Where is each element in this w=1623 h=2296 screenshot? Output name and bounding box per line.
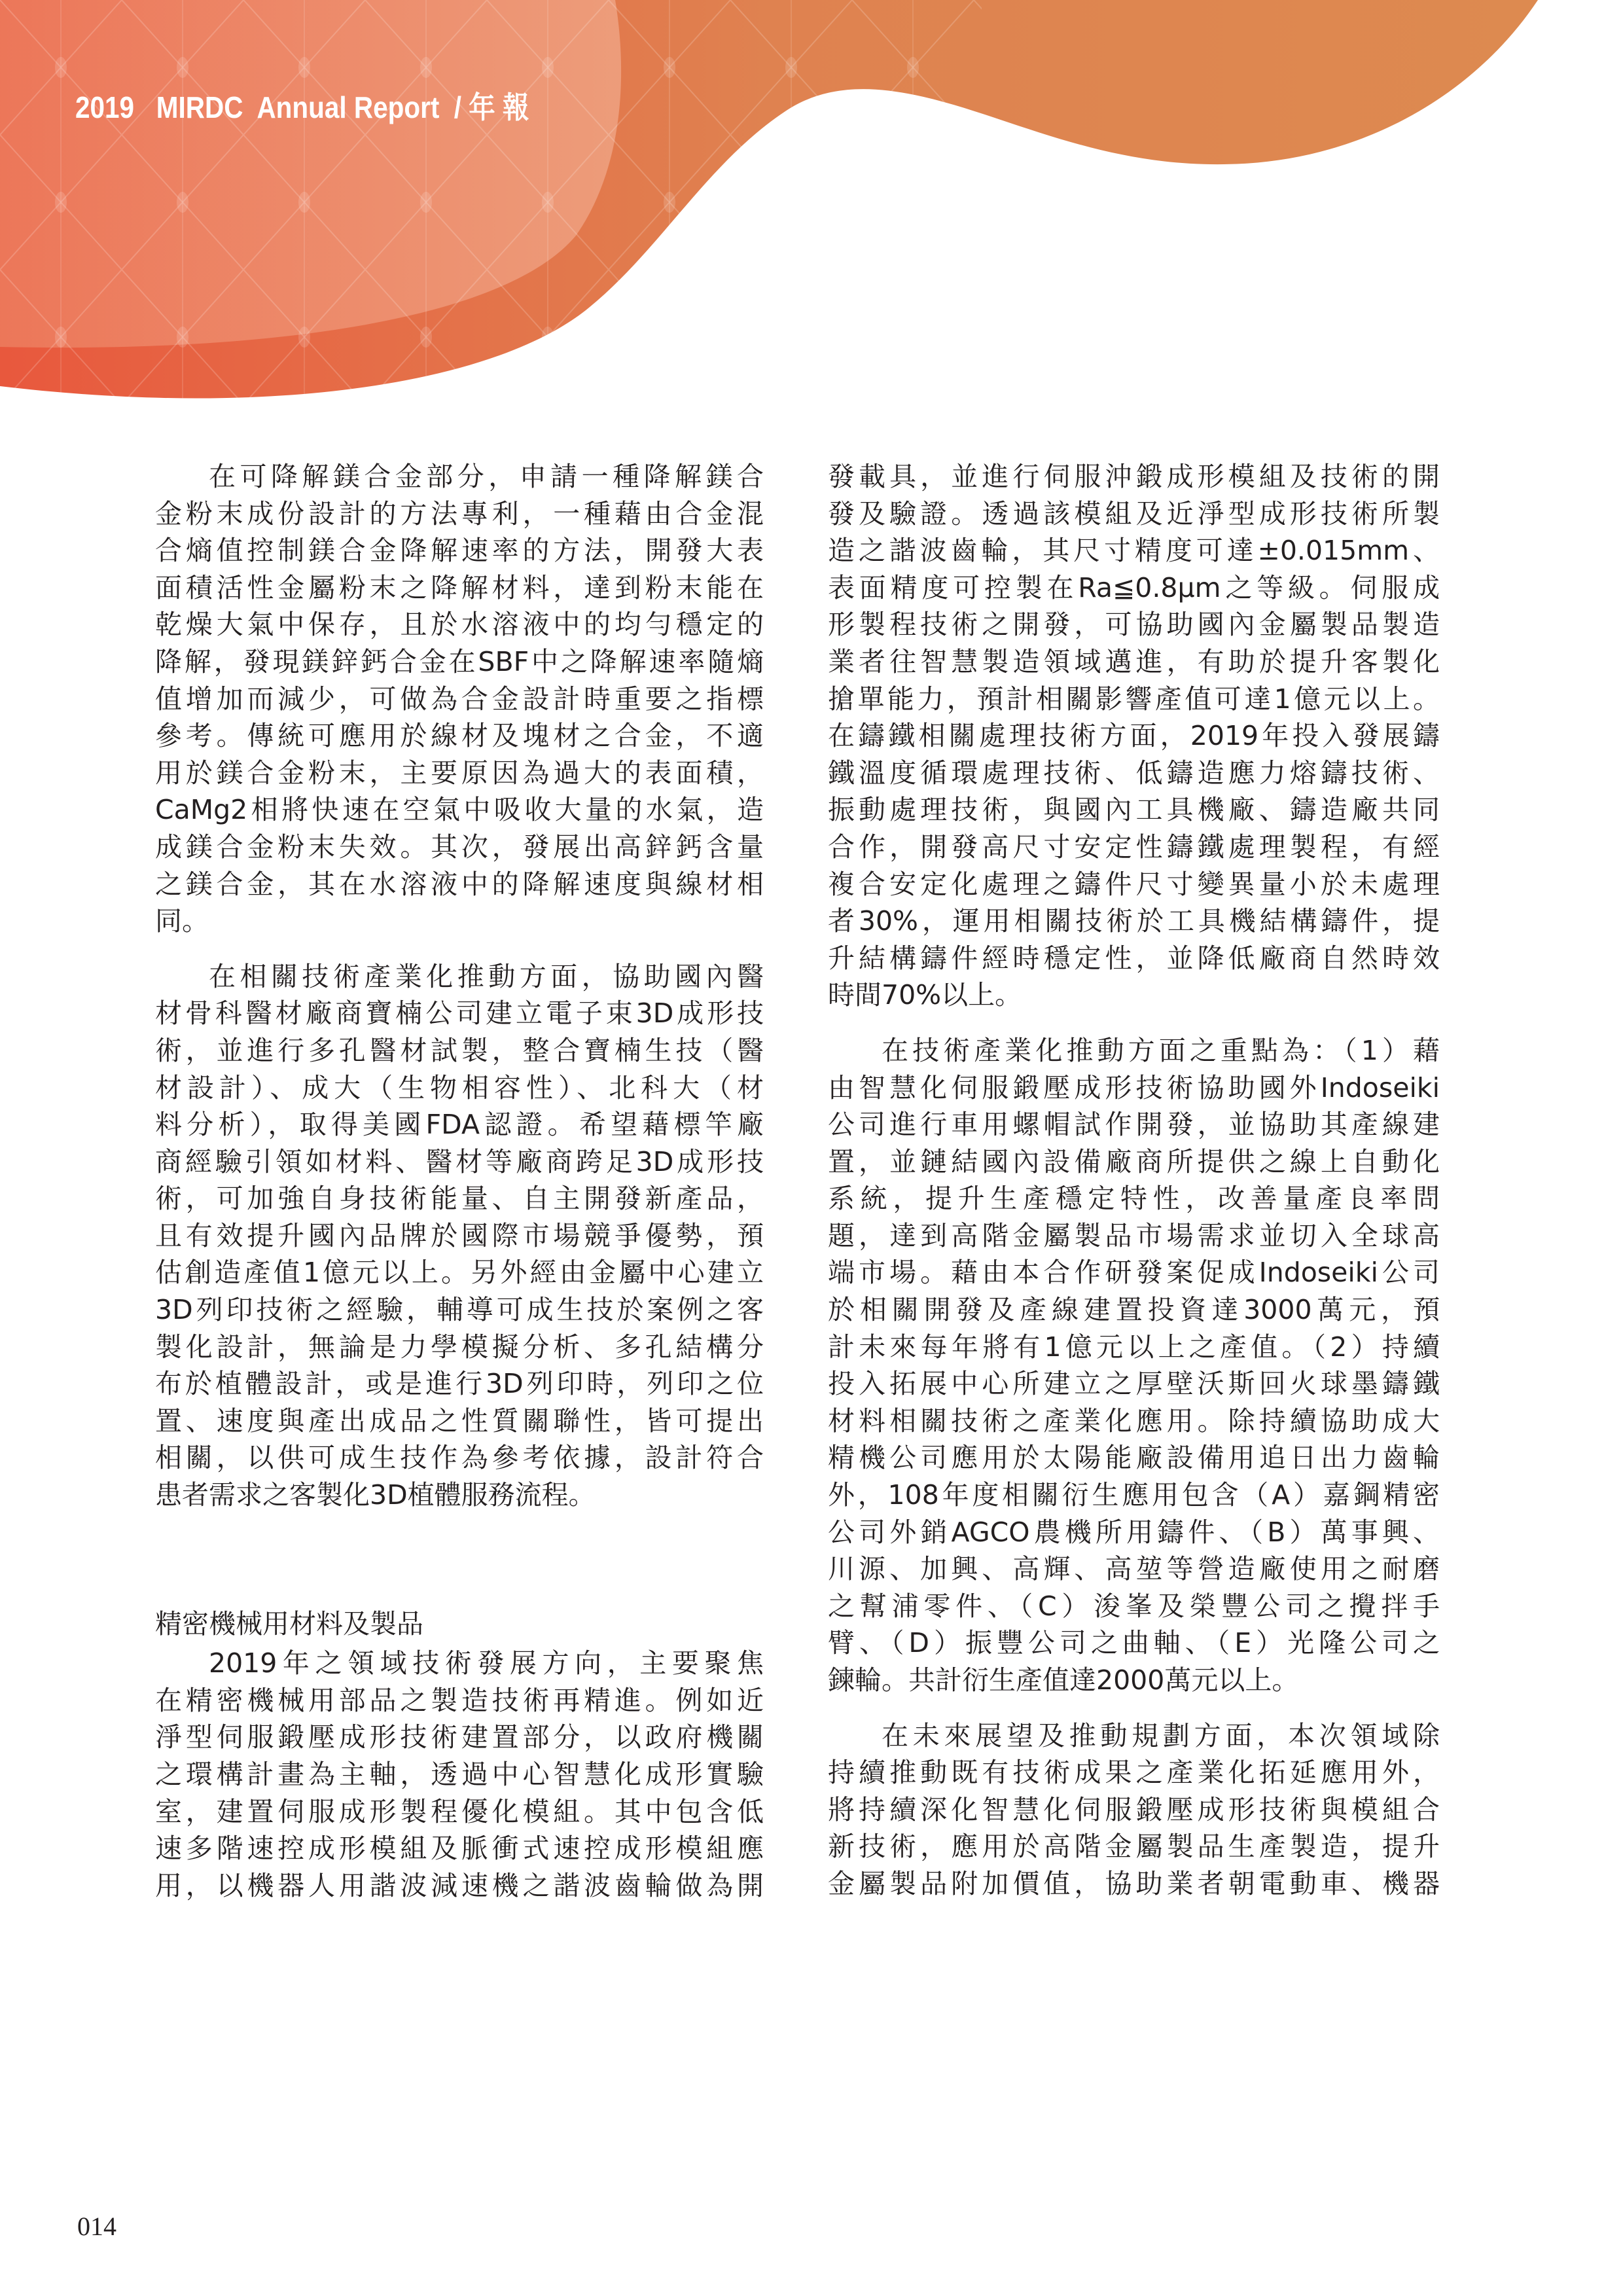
report-title: 2019 MIRDC Annual Report / 年 報 <box>75 84 529 127</box>
paragraph-spacer <box>828 1014 1440 1032</box>
left-column: 在可降解鎂合金部分，申請一種降解鎂合 金粉末成份設計的方法專利，一種藉由合金混 … <box>155 458 764 1904</box>
text-line: 新技術，應用於高階金屬製品生產製造，提升 <box>828 1828 1440 1865</box>
text-line: 商經驗引領如材料、醫材等廠商跨足3D成形技 <box>155 1143 764 1181</box>
text-line: 端市場。藉由本合作研發案促成Indoseiki公司 <box>828 1254 1440 1291</box>
text-line: 在可降解鎂合金部分，申請一種降解鎂合 <box>155 458 764 495</box>
text-line: 持續推動既有技術成果之產業化拓延應用外， <box>828 1754 1440 1791</box>
text-line: 由智慧化伺服鍛壓成形技術協助國外Indoseiki <box>828 1069 1440 1107</box>
text-line: 淨型伺服鍛壓成形技術建置部分，以政府機關 <box>155 1719 764 1756</box>
paragraph-harmonic-gear-cast-iron: 發載具，並進行伺服沖鍛成形模組及技術的開 發及驗證。透過該模組及近淨型成形技術所… <box>828 458 1440 1014</box>
text-line: 金屬製品附加價值，協助業者朝電動車、機器 <box>828 1865 1440 1903</box>
text-line: 相關，以供可成生技作為參考依據，設計符合 <box>155 1439 764 1477</box>
text-line: 之鎂合金，其在水溶液中的降解速度與線材相 <box>155 866 764 903</box>
text-line: 振動處理技術，與國內工具機廠、鑄造廠共同 <box>828 791 1440 829</box>
text-line: 鍊輪。共計衍生產值達2000萬元以上。 <box>828 1662 1440 1699</box>
text-line: 降解，發現鎂鋅鈣合金在SBF中之降解速率隨熵 <box>155 643 764 681</box>
text-line: 時間70%以上。 <box>828 977 1440 1014</box>
text-line: 料分析），取得美國FDA認證。希望藉標竿廠 <box>155 1106 764 1143</box>
text-line: 材骨科醫材廠商寶楠公司建立電子束3D成形技 <box>155 995 764 1032</box>
text-line: 形製程技術之開發，可協助國內金屬製品製造 <box>828 606 1440 643</box>
text-line: 臂、（D）振豐公司之曲軸、（E）光隆公司之 <box>828 1624 1440 1662</box>
text-line: 2019年之領域技術發展方向，主要聚焦 <box>155 1645 764 1682</box>
text-line: 布於植體設計，或是進行3D列印時，列印之位 <box>155 1365 764 1403</box>
text-line: 在未來展望及推動規劃方面，本次領域除 <box>828 1717 1440 1755</box>
text-line: 室，建置伺服成形製程優化模組。其中包含低 <box>155 1793 764 1831</box>
text-line: 表面精度可控製在Ra≦0.8μm之等級。伺服成 <box>828 569 1440 607</box>
text-line: 用，以機器人用諧波減速機之諧波齒輪做為開 <box>155 1867 764 1905</box>
text-line: 置，並鏈結國內設備廠商所提供之線上自動化 <box>828 1143 1440 1181</box>
text-line: 參考。傳統可應用於線材及塊材之合金，不適 <box>155 717 764 755</box>
text-line: 升結構鑄件經時穩定性，並降低廠商自然時效 <box>828 940 1440 977</box>
text-line: 值增加而減少，可做為合金設計時重要之指標 <box>155 681 764 718</box>
text-line: 公司外銷AGCO農機所用鑄件、（B）萬事興、 <box>828 1514 1440 1551</box>
text-line: 在相關技術產業化推動方面，協助國內醫 <box>155 958 764 996</box>
page-number: 014 <box>77 2211 116 2242</box>
paragraph-degradable-mg-alloy: 在可降解鎂合金部分，申請一種降解鎂合 金粉末成份設計的方法專利，一種藉由合金混 … <box>155 458 764 940</box>
text-line: 精機公司應用於太陽能廠設備用追日出力齒輪 <box>828 1439 1440 1477</box>
text-line: 患者需求之客製化3D植體服務流程。 <box>155 1477 764 1514</box>
text-line: 合作，開發高尺寸安定性鑄鐵處理製程，有經 <box>828 829 1440 866</box>
text-line: 題，達到高階金屬製品市場需求並切入全球高 <box>828 1217 1440 1255</box>
paragraph-medical-3d-forming: 在相關技術產業化推動方面，協助國內醫 材骨科醫材廠商寶楠公司建立電子束3D成形技… <box>155 958 764 1514</box>
text-line: 置、速度與產出成品之性質關聯性，皆可提出 <box>155 1403 764 1440</box>
text-line: 發載具，並進行伺服沖鍛成形模組及技術的開 <box>828 458 1440 495</box>
text-line: 在技術產業化推動方面之重點為：（1）藉 <box>828 1032 1440 1069</box>
paragraph-spacer <box>155 940 764 958</box>
text-line: 用於鎂合金粉末，主要原因為過大的表面積， <box>155 755 764 792</box>
text-line: 合熵值控制鎂合金降解速率的方法，開發大表 <box>155 532 764 569</box>
text-line: 在精密機械用部品之製造技術再精進。例如近 <box>155 1682 764 1719</box>
text-line: 之幫浦零件、（C）浚峯及榮豐公司之攪拌手 <box>828 1588 1440 1625</box>
text-line: 估創造產值1億元以上。另外經由金屬中心建立 <box>155 1254 764 1291</box>
header-wave-banner <box>0 0 1623 406</box>
text-line: 材設計）、成大（生物相容性）、北科大（材 <box>155 1069 764 1107</box>
text-line: 之環構計畫為主軸，透過中心智慧化成形實驗 <box>155 1756 764 1793</box>
text-line: 且有效提升國內品牌於國際市場競爭優勢，預 <box>155 1217 764 1255</box>
text-line: 系統，提升生產穩定特性，改善量產良率問 <box>828 1180 1440 1217</box>
text-line: 公司進行車用螺帽試作開發，並協助其產線建 <box>828 1106 1440 1143</box>
text-line: 複合安定化處理之鑄件尺寸變異量小於未處理 <box>828 866 1440 903</box>
text-line: 在鑄鐵相關處理技術方面，2019年投入發展鑄 <box>828 717 1440 755</box>
text-line: 術，並進行多孔醫材試製，整合寶楠生技（醫 <box>155 1032 764 1069</box>
text-line: 速多階速控成形模組及脈衝式速控成形模組應 <box>155 1830 764 1867</box>
text-line: 術，可加強自身技術能量、自主開發新產品， <box>155 1180 764 1217</box>
text-line: 發及驗證。透過該模組及近淨型成形技術所製 <box>828 495 1440 533</box>
right-column: 發載具，並進行伺服沖鍛成形模組及技術的開 發及驗證。透過該模組及近淨型成形技術所… <box>828 458 1440 1903</box>
text-line: 面積活性金屬粉末之降解材料，達到粉末能在 <box>155 569 764 607</box>
text-line: 外，108年度相關衍生應用包含（A）嘉鋼精密 <box>828 1477 1440 1514</box>
text-line: 業者往智慧製造領域邁進，有助於提升客製化 <box>828 643 1440 681</box>
text-line: 製化設計，無論是力學模擬分析、多孔結構分 <box>155 1329 764 1366</box>
text-line: 於相關開發及產線建置投資達3000萬元，預 <box>828 1291 1440 1329</box>
text-line: 3D列印技術之經驗，輔導可成生技於案例之客 <box>155 1291 764 1329</box>
text-line: 川源、加興、高輝、高堃等營造廠使用之耐磨 <box>828 1551 1440 1588</box>
text-line: CaMg2相將快速在空氣中吸收大量的水氣，造 <box>155 791 764 829</box>
text-line: 材料相關技術之產業化應用。除持續協助成大 <box>828 1403 1440 1440</box>
paragraph-future-outlook: 在未來展望及推動規劃方面，本次領域除 持續推動既有技術成果之產業化拓延應用外， … <box>828 1717 1440 1903</box>
text-line: 乾燥大氣中保存，且於水溶液中的均勻穩定的 <box>155 606 764 643</box>
text-line: 造之諧波齒輪，其尺寸精度可達±0.015mm、 <box>828 532 1440 569</box>
text-line: 金粉末成份設計的方法專利，一種藉由合金混 <box>155 495 764 533</box>
text-line: 同。 <box>155 903 764 940</box>
section-heading: 精密機械用材料及製品 <box>155 1605 764 1643</box>
text-line: 鐵溫度循環處理技術、低鑄造應力熔鑄技術、 <box>828 755 1440 792</box>
paragraph-precision-machinery: 2019年之領域技術發展方向，主要聚焦 在精密機械用部品之製造技術再精進。例如近… <box>155 1645 764 1904</box>
text-line: 成鎂合金粉末失效。其次，發展出高鋅鈣含量 <box>155 829 764 866</box>
text-line: 者30%，運用相關技術於工具機結構鑄件，提 <box>828 903 1440 940</box>
paragraph-industrialization: 在技術產業化推動方面之重點為：（1）藉 由智慧化伺服鍛壓成形技術協助國外Indo… <box>828 1032 1440 1699</box>
text-line: 將持續深化智慧化伺服鍛壓成形技術與模組合 <box>828 1791 1440 1829</box>
text-line: 計未來每年將有1億元以上之產值。（2）持續 <box>828 1329 1440 1366</box>
section-spacer <box>155 1514 764 1605</box>
text-line: 投入拓展中心所建立之厚壁沃斯回火球墨鑄鐵 <box>828 1365 1440 1403</box>
text-line: 搶單能力，預計相關影響產值可達1億元以上。 <box>828 681 1440 718</box>
paragraph-spacer <box>828 1699 1440 1717</box>
